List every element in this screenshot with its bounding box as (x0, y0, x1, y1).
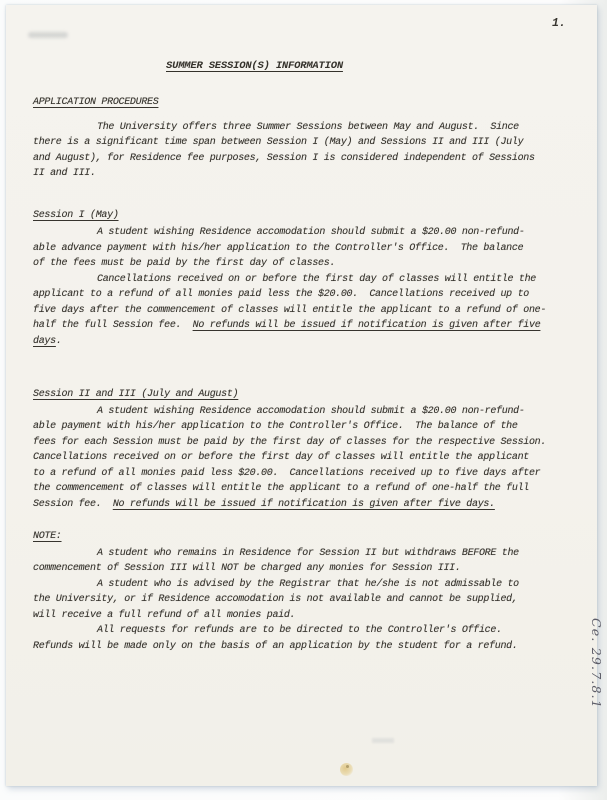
document-section: Session I (May)A student wishing Residen… (33, 208, 591, 350)
text-line: able advance payment with his/her applic… (33, 241, 591, 257)
text-line: A student who is advised by the Registra… (33, 577, 591, 593)
scanned-document-page: 1. SUMMER SESSION(S) INFORMATION APPLICA… (0, 0, 607, 800)
section-heading: NOTE: (33, 529, 591, 545)
text-line: All requests for refunds are to be direc… (33, 623, 591, 639)
document-body: APPLICATION PROCEDURESThe University off… (33, 95, 591, 654)
paper-sheet: 1. SUMMER SESSION(S) INFORMATION APPLICA… (6, 5, 597, 786)
text-line: Cancellations received on or before the … (33, 450, 591, 466)
text-line: there is a significant time span between… (33, 135, 591, 151)
text-line: five days after the commencement of clas… (33, 303, 591, 319)
text-line: and August), for Residence fee purposes,… (33, 151, 591, 167)
page-number: 1. (552, 17, 566, 30)
text-line: the University, or if Residence accomoda… (33, 592, 591, 608)
text-line: Refunds will be made only on the basis o… (33, 639, 591, 655)
document-section: NOTE:A student who remains in Residence … (33, 529, 591, 654)
text-line: to a refund of all monies paid less $20.… (33, 466, 591, 482)
document-title: SUMMER SESSION(S) INFORMATION (166, 60, 343, 72)
document-section: Session II and III (July and August)A st… (33, 387, 591, 512)
section-heading: APPLICATION PROCEDURES (33, 95, 591, 111)
text-line: will receive a full refund of all monies… (33, 608, 591, 624)
pencil-smudge (28, 32, 68, 38)
text-line: Session fee. No refunds will be issued i… (33, 497, 591, 513)
text-line: able payment with his/her application to… (33, 419, 591, 435)
stain-spot-center (346, 765, 349, 768)
document-section: APPLICATION PROCEDURESThe University off… (33, 95, 591, 182)
title-row: SUMMER SESSION(S) INFORMATION (166, 55, 343, 73)
text-line: days. (33, 334, 591, 350)
text-line: A student wishing Residence accomodation… (33, 404, 591, 420)
text-line: A student wishing Residence accomodation… (33, 225, 591, 241)
text-line: II and III. (33, 166, 591, 182)
scuff-mark (372, 738, 394, 743)
text-line: of the fees must be paid by the first da… (33, 256, 591, 272)
text-line: half the full Session fee. No refunds wi… (33, 318, 591, 334)
text-line: applicant to a refund of all monies paid… (33, 287, 591, 303)
text-line: The University offers three Summer Sessi… (33, 120, 591, 136)
section-heading: Session II and III (July and August) (33, 387, 591, 403)
text-line: A student who remains in Residence for S… (33, 546, 591, 562)
text-line: Cancellations received on or before the … (33, 272, 591, 288)
archival-annotation-handwritten: Ce. 29.7.8.1 (586, 618, 604, 742)
text-line: the commencement of classes will entitle… (33, 481, 591, 497)
text-line: commencement of Session III will NOT be … (33, 561, 591, 577)
text-line: fees for each Session must be paid by th… (33, 435, 591, 451)
section-heading: Session I (May) (33, 208, 591, 224)
